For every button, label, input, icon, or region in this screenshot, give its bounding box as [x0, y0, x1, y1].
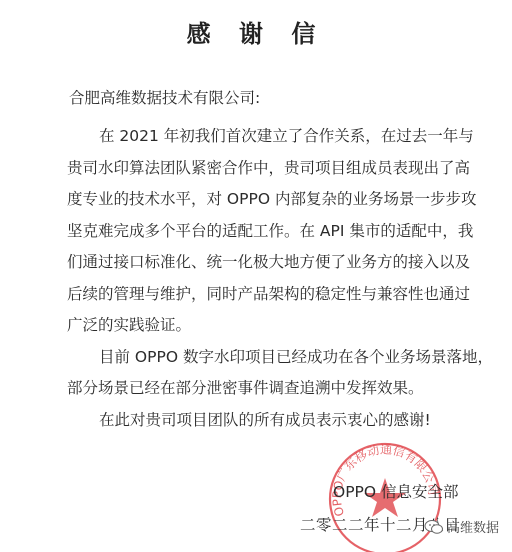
wechat-icon — [424, 519, 444, 535]
paragraph-2-line: 目前 OPPO 数字水印项目已经成功在各个业务场景落地， — [67, 342, 507, 374]
watermark-label: 高维数据 — [447, 517, 499, 536]
paragraph-3-line: 在此对贵司项目团队的所有成员表示衷心的感谢! — [67, 405, 507, 437]
paragraph-1-line: 度专业的技术水平，对 OPPO 内部复杂的业务场景一步步攻 — [67, 184, 507, 216]
salutation: 合肥高维数据技术有限公司: — [69, 86, 260, 108]
letter-body: 在 2021 年初我们首次建立了合作关系，在过去一年与 贵司水印算法团队紧密合作… — [67, 121, 507, 436]
letter-title: 感 谢 信 — [0, 14, 512, 49]
paragraph-1-line: 们通过接口标准化、统一化极大地方便了业务方的接入以及 — [67, 247, 507, 279]
paragraph-1-line: 坚克难完成多个平台的适配工作。在 API 集市的适配中，我 — [67, 216, 507, 248]
paragraph-1-line: 在 2021 年初我们首次建立了合作关系，在过去一年与 — [67, 121, 507, 153]
paragraph-1-line: 后续的管理与维护，同时产品架构的稳定性与兼容性也通过 — [67, 279, 507, 311]
paragraph-1-line: 广泛的实践验证。 — [67, 310, 507, 342]
signature-department: OPPO 信息安全部 — [333, 480, 459, 502]
watermark: 高维数据 — [424, 517, 499, 536]
paragraph-2-line: 部分场景已经在部分泄密事件调查追溯中发挥效果。 — [67, 373, 507, 405]
paragraph-1-line: 贵司水印算法团队紧密合作中，贵司项目组成员表现出了高 — [67, 153, 507, 185]
